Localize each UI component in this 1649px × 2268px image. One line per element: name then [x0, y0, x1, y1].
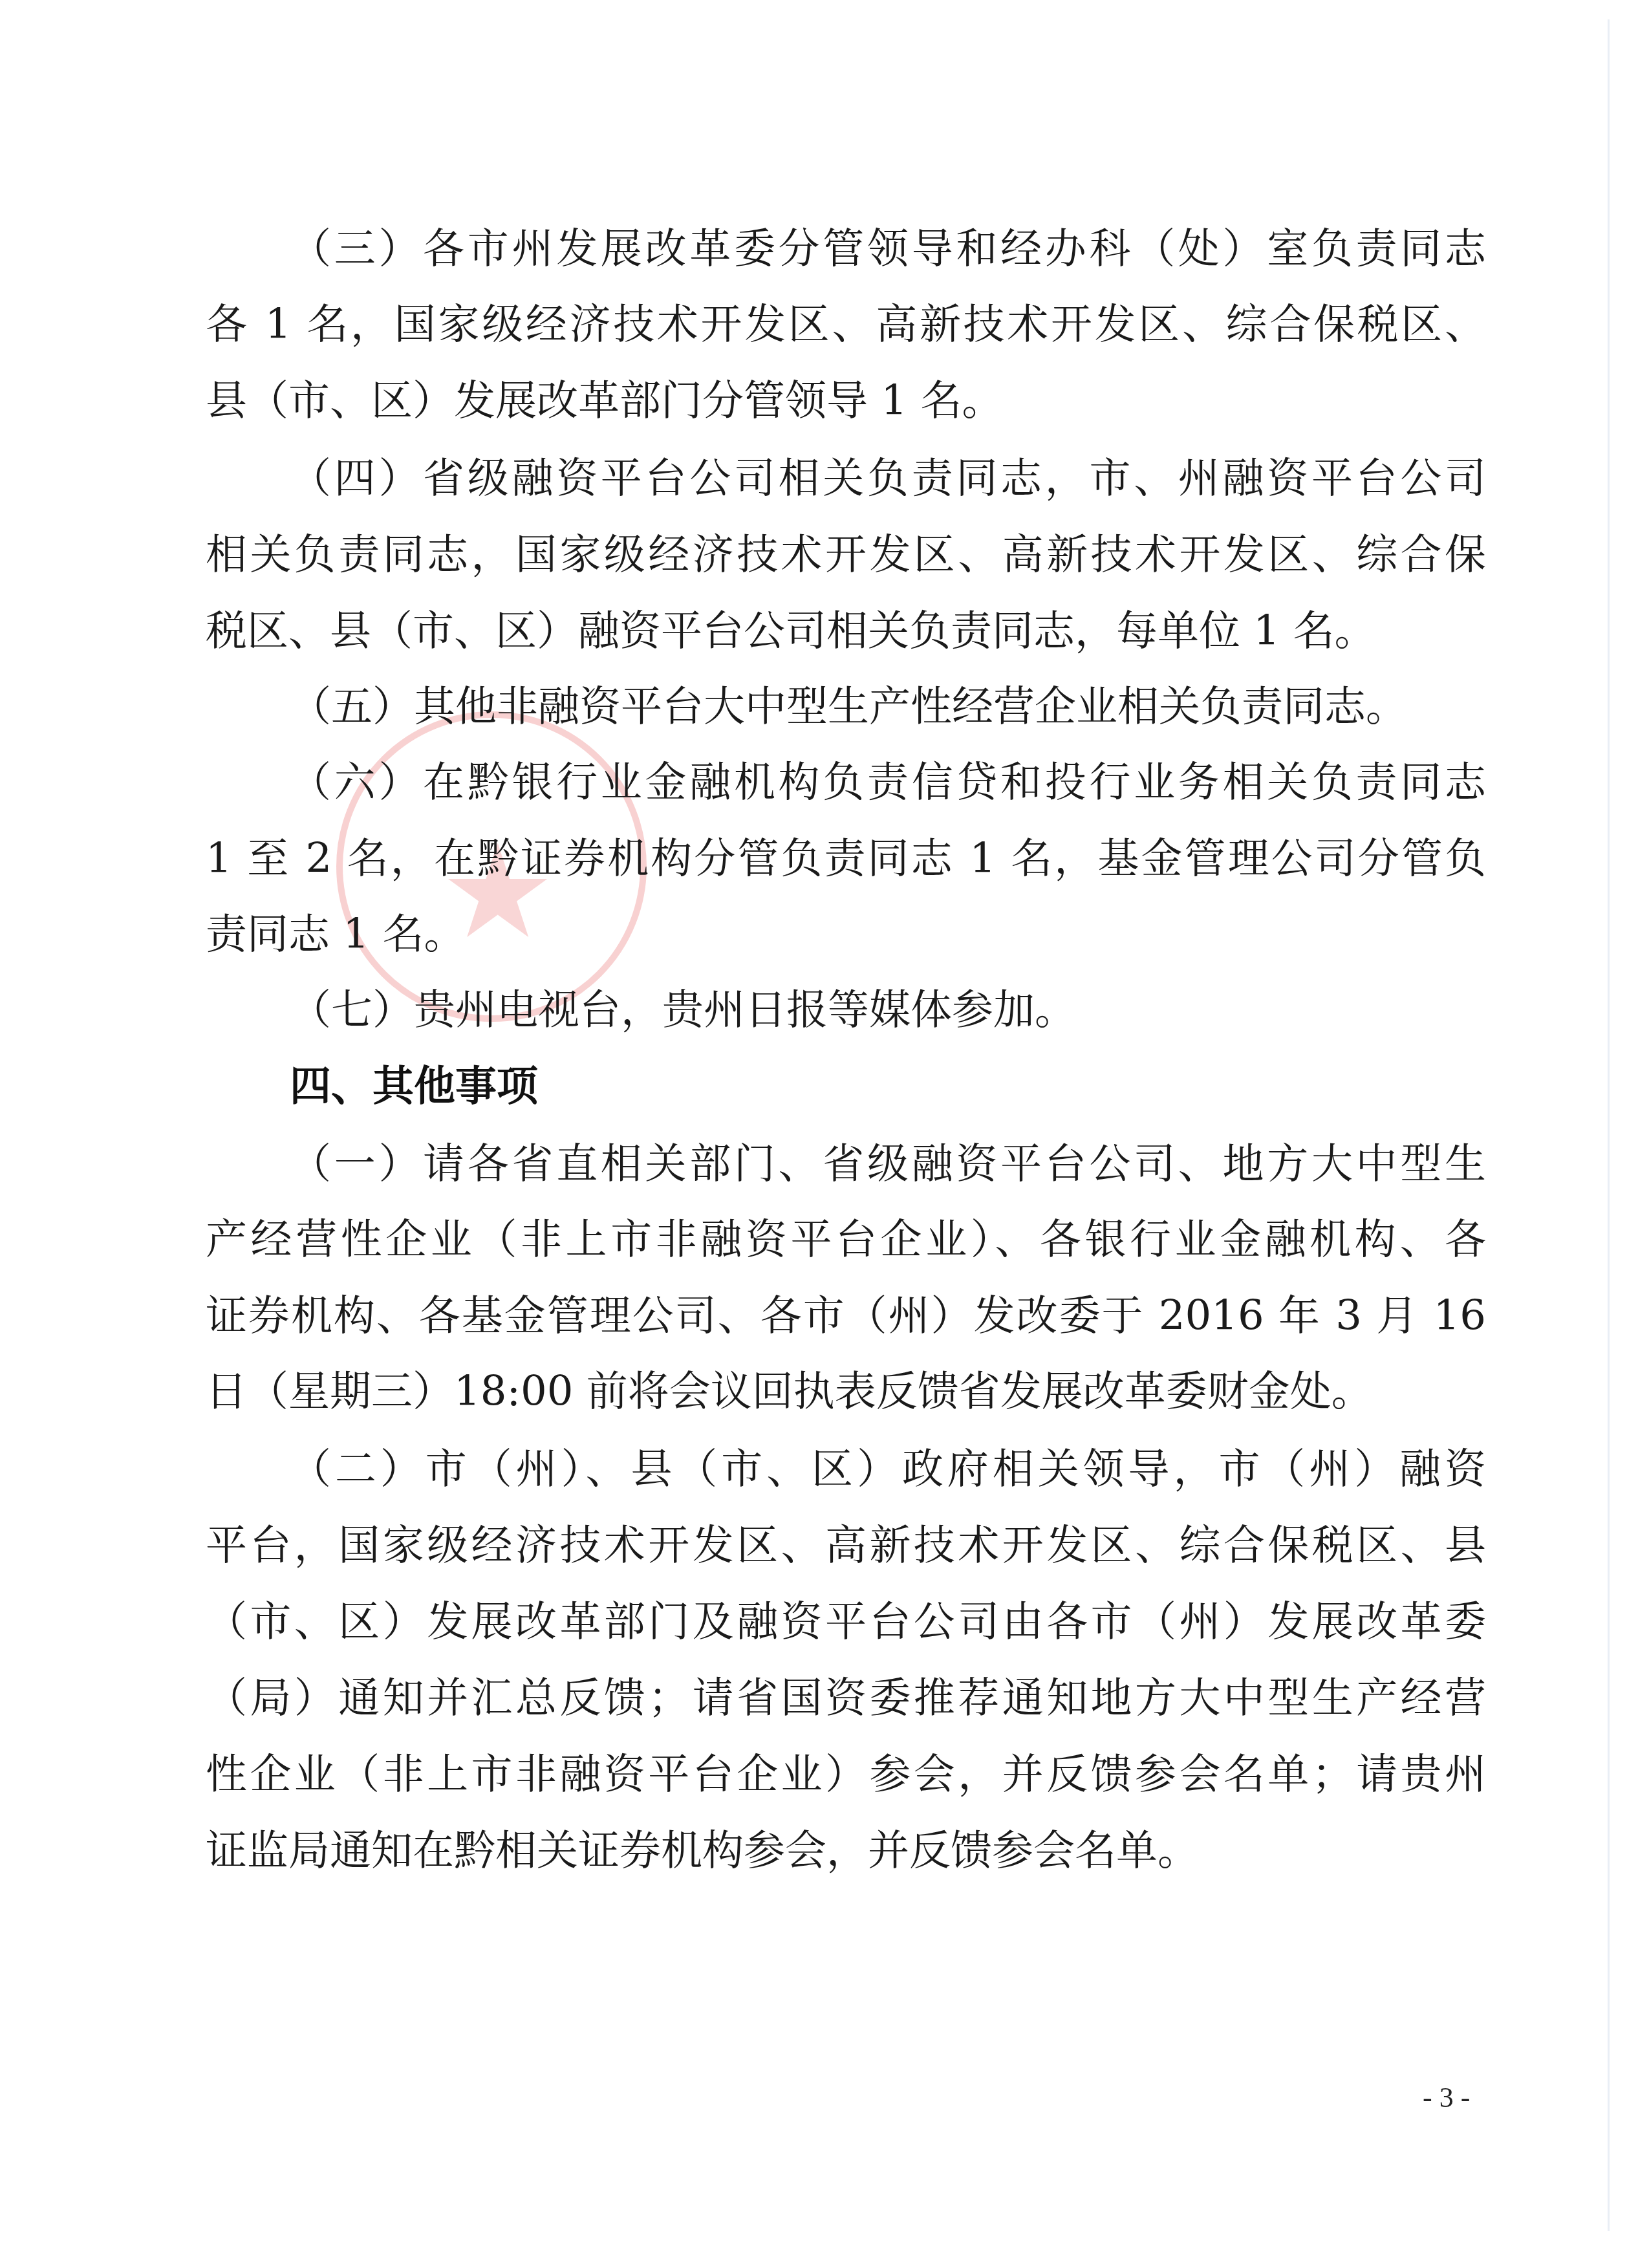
paragraph-line: 责同志 1 名。 [206, 909, 1486, 960]
document-page: ★ （三）各市州发展改革委分管领导和经办科（处）室负责同志 各 1 名，国家级经… [0, 0, 1649, 2268]
paragraph-line: （七）贵州电视台，贵州日报等媒体参加。 [290, 984, 1486, 1036]
paragraph-line: （三）各市州发展改革委分管领导和经办科（处）室负责同志 [290, 223, 1486, 275]
paragraph-line: 县（市、区）发展改革部门分管领导 1 名。 [206, 375, 1486, 427]
paragraph-line: 证券机构、各基金管理公司、各市（州）发改委于 2016 年 3 月 16 [206, 1290, 1486, 1342]
page-number: - 3 - [1423, 2081, 1470, 2114]
paragraph-line: （市、区）发展改革部门及融资平台公司由各市（州）发展改革委 [206, 1596, 1486, 1648]
paragraph-line: （六）在黔银行业金融机构负责信贷和投行业务相关负责同志 [290, 757, 1486, 808]
paragraph-line: 1 至 2 名，在黔证券机构分管负责同志 1 名，基金管理公司分管负 [206, 833, 1486, 885]
paragraph-line: 税区、县（市、区）融资平台公司相关负责同志，每单位 1 名。 [206, 605, 1486, 657]
scan-edge [1608, 19, 1610, 2231]
paragraph-line: 相关负责同志，国家级经济技术开发区、高新技术开发区、综合保 [206, 529, 1486, 581]
paragraph-line: 产经营性企业（非上市非融资平台企业）、各银行业金融机构、各 [206, 1214, 1486, 1266]
paragraph-line: （四）省级融资平台公司相关负责同志，市、州融资平台公司 [290, 453, 1486, 504]
paragraph-line: 性企业（非上市非融资平台企业）参会，并反馈参会名单；请贵州 [206, 1749, 1486, 1800]
paragraph-line: （局）通知并汇总反馈；请省国资委推荐通知地方大中型生产经营 [206, 1672, 1486, 1724]
paragraph-line: 证监局通知在黔相关证券机构参会，并反馈参会名单。 [206, 1825, 1486, 1877]
paragraph-line: 各 1 名，国家级经济技术开发区、高新技术开发区、综合保税区、 [206, 299, 1486, 351]
paragraph-line: （五）其他非融资平台大中型生产性经营企业相关负责同志。 [290, 681, 1486, 733]
paragraph-line: （二）市（州）、县（市、区）政府相关领导，市（州）融资 [290, 1443, 1486, 1495]
section-heading: 四、其他事项 [290, 1061, 538, 1112]
paragraph-line: 平台，国家级经济技术开发区、高新技术开发区、综合保税区、县 [206, 1520, 1486, 1571]
paragraph-line: （一）请各省直相关部门、省级融资平台公司、地方大中型生 [290, 1138, 1486, 1190]
paragraph-line: 日（星期三）18:00 前将会议回执表反馈省发展改革委财金处。 [206, 1366, 1486, 1418]
